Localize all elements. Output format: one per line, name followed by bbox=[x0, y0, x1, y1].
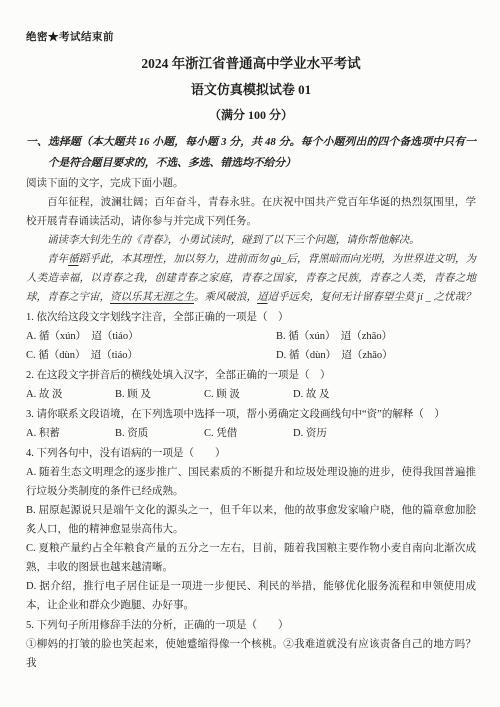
option-label: A. bbox=[26, 331, 36, 342]
passage-paragraph: 青年循蹈乎此，本其理性，加以努力，进前而勿 gù_后，背黑暗而向光明，为世界进文… bbox=[26, 250, 476, 307]
option-text: 故 汲 bbox=[39, 389, 63, 400]
question-1-option-d: D. 循（dùn） 迢（zhāo） bbox=[276, 346, 393, 365]
option-text: 循（dùn） 迢（tiáo） bbox=[38, 350, 138, 361]
option-label: D. bbox=[276, 350, 286, 361]
passage-segment: 迢乎远矣，复何无计留春望尘莫 jí _ 之忧哉？ bbox=[268, 292, 476, 303]
reading-instruction: 阅读下面的文字，完成下面小题。 bbox=[26, 174, 476, 193]
question-number: 3. bbox=[26, 409, 34, 420]
question-stem-text: 下列各句中，没有语病的一项是（ ） bbox=[37, 448, 226, 459]
question-2-option-a: A. 故 汲 bbox=[26, 385, 115, 404]
question-4: 4. 下列各句中，没有语病的一项是（ ） A. 随着生态文明理念的逐步推广、国民… bbox=[26, 444, 476, 615]
classification-banner: 绝密★考试结束前 bbox=[26, 31, 476, 44]
exam-paper-page: 绝密★考试结束前 2024 年浙江省普通高中学业水平考试 语文仿真模拟试卷 01… bbox=[0, 0, 500, 707]
question-3-option-b: B. 资质 bbox=[115, 424, 204, 443]
option-label: C. bbox=[26, 350, 36, 361]
question-5-body: ①柳妈的打皱的脸也笑起来，使她蹙缩得像一个核桃。②我难道就没有应该责备自己的地方… bbox=[26, 635, 476, 673]
passage-segment: 青年 bbox=[47, 254, 68, 265]
passage-segment-underlined: 迢 bbox=[257, 292, 268, 303]
paper-subtitle: 语文仿真模拟试卷 01 bbox=[26, 82, 476, 97]
option-text: 屈原起源说只是端午文化的源头之一，但千年以来，他的故事愈发家喻户晓，他的篇章愈加… bbox=[26, 505, 476, 535]
question-1-options-row-1: A. 循（xún） 迢（tiáo） B. 循（xún） 迢（zhāo） bbox=[26, 327, 476, 346]
option-label: C. bbox=[204, 389, 214, 400]
option-text: 据介绍，推行电子居住证是一项进一步便民、利民的举措，能够优化服务流程和申领使用成… bbox=[26, 581, 476, 611]
option-label: B. bbox=[276, 331, 286, 342]
option-text: 资历 bbox=[306, 428, 327, 439]
question-number: 2. bbox=[26, 370, 34, 381]
task-intro: 诵读李大钊先生的《青春》，小勇试读时，碰到了以下三个问题，请你帮他解决。 bbox=[26, 231, 476, 250]
question-4-option-a: A. 随着生态文明理念的逐步推广、国民素质的不断提升和垃圾处理设施的进步，使得我… bbox=[26, 463, 476, 501]
option-text: 故 及 bbox=[306, 389, 330, 400]
question-2-options-row: A. 故 汲 B. 顾 及 C. 顾 汲 D. 故 及 bbox=[26, 385, 476, 404]
option-label: C. bbox=[26, 543, 36, 554]
question-2-option-d: D. 故 及 bbox=[293, 385, 329, 404]
option-text: 资质 bbox=[127, 428, 148, 439]
question-4-option-b: B. 屈原起源说只是端午文化的源头之一，但千年以来，他的故事愈发家喻户晓，他的篇… bbox=[26, 501, 476, 539]
question-number: 5. bbox=[26, 620, 34, 631]
option-label: A. bbox=[26, 467, 36, 478]
question-stem-text: 在这段文字拼音后的横线处填入汉字，全部正确的一项是（ ） bbox=[37, 370, 331, 381]
option-label: A. bbox=[26, 389, 36, 400]
question-1-option-b: B. 循（xún） 迢（zhāo） bbox=[276, 327, 392, 346]
section-1-heading: 一、选择题（本大题共 16 小题，每小题 3 分，共 48 分。每个小题列出的四… bbox=[26, 132, 476, 174]
passage-segment-underlined: 循 bbox=[68, 254, 79, 265]
question-4-stem: 4. 下列各句中，没有语病的一项是（ ） bbox=[26, 444, 476, 463]
question-3-option-c: C. 凭借 bbox=[204, 424, 293, 443]
question-stem-text: 请你联系文段语境，在下列选项中选择一项，帮小勇确定文段画线句中“资”的解释（ ） bbox=[37, 409, 445, 420]
question-3: 3. 请你联系文段语境，在下列选项中选择一项，帮小勇确定文段画线句中“资”的解释… bbox=[26, 405, 476, 443]
passage-segment-underlined: 资以乐其无涯之生 bbox=[110, 292, 194, 303]
question-1-options-row-2: C. 循（dùn） 迢（tiáo） D. 循（dùn） 迢（zhāo） bbox=[26, 346, 476, 365]
option-label: D. bbox=[293, 389, 303, 400]
option-text: 夏粮产量约占全年粮食产量的五分之一左右，目前，随着我国粮主要作物小麦自南向北渐次… bbox=[26, 543, 476, 573]
question-3-options-row: A. 积蓄 B. 资质 C. 凭借 D. 资历 bbox=[26, 424, 476, 443]
option-text: 循（xún） 迢（zhāo） bbox=[288, 331, 392, 342]
question-2-option-b: B. 顾 及 bbox=[115, 385, 204, 404]
exam-title: 2024 年浙江省普通高中学业水平考试 bbox=[26, 56, 476, 71]
question-1-stem: 1. 依次给这段文字划线字注音，全部正确的一项是（ ） bbox=[26, 308, 476, 327]
option-text: 循（dùn） 迢（zhāo） bbox=[289, 350, 393, 361]
option-label: B. bbox=[26, 505, 36, 516]
question-5: 5. 下列句子所用修辞手法的分析，正确的一项是（ ） ①柳妈的打皱的脸也笑起来，… bbox=[26, 616, 476, 673]
option-label: B. bbox=[115, 389, 125, 400]
option-text: 循（xún） 迢（tiáo） bbox=[39, 331, 139, 342]
option-text: 随着生态文明理念的逐步推广、国民素质的不断提升和垃圾处理设施的进步，使得我国普遍… bbox=[26, 467, 476, 497]
option-label: D. bbox=[26, 581, 36, 592]
question-2-option-c: C. 顾 汲 bbox=[204, 385, 293, 404]
question-1: 1. 依次给这段文字划线字注音，全部正确的一项是（ ） A. 循（xún） 迢（… bbox=[26, 308, 476, 365]
intro-paragraph: 百年征程，波澜壮阔；百年奋斗，青春永驻。在庆祝中国共产党百年华诞的热烈氛围里，学… bbox=[26, 193, 476, 231]
score-note: （满分 100 分） bbox=[26, 108, 476, 122]
question-3-option-d: D. 资历 bbox=[293, 424, 327, 443]
question-3-stem: 3. 请你联系文段语境，在下列选项中选择一项，帮小勇确定文段画线句中“资”的解释… bbox=[26, 405, 476, 424]
question-2-stem: 2. 在这段文字拼音后的横线处填入汉字，全部正确的一项是（ ） bbox=[26, 366, 476, 385]
question-1-option-c: C. 循（dùn） 迢（tiáo） bbox=[26, 346, 276, 365]
question-5-stem: 5. 下列句子所用修辞手法的分析，正确的一项是（ ） bbox=[26, 616, 476, 635]
option-label: B. bbox=[115, 428, 125, 439]
question-stem-text: 下列句子所用修辞手法的分析，正确的一项是（ ） bbox=[37, 620, 289, 631]
question-4-option-d: D. 据介绍，推行电子居住证是一项进一步便民、利民的举措，能够优化服务流程和申领… bbox=[26, 577, 476, 615]
option-label: A. bbox=[26, 428, 36, 439]
option-label: C. bbox=[204, 428, 214, 439]
question-3-option-a: A. 积蓄 bbox=[26, 424, 115, 443]
title-block: 2024 年浙江省普通高中学业水平考试 语文仿真模拟试卷 01 （满分 100 … bbox=[26, 56, 476, 122]
option-text: 顾 汲 bbox=[216, 389, 240, 400]
question-1-option-a: A. 循（xún） 迢（tiáo） bbox=[26, 327, 276, 346]
option-text: 凭借 bbox=[216, 428, 237, 439]
question-number: 1. bbox=[26, 312, 34, 323]
option-text: 积蓄 bbox=[39, 428, 60, 439]
question-4-option-c: C. 夏粮产量约占全年粮食产量的五分之一左右，目前，随着我国粮主要作物小麦自南向… bbox=[26, 539, 476, 577]
option-label: D. bbox=[293, 428, 303, 439]
question-number: 4. bbox=[26, 448, 34, 459]
option-text: 顾 及 bbox=[127, 389, 151, 400]
question-2: 2. 在这段文字拼音后的横线处填入汉字，全部正确的一项是（ ） A. 故 汲 B… bbox=[26, 366, 476, 404]
passage-segment: 。乘风破浪， bbox=[194, 292, 257, 303]
question-stem-text: 依次给这段文字划线字注音，全部正确的一项是（ ） bbox=[37, 312, 289, 323]
